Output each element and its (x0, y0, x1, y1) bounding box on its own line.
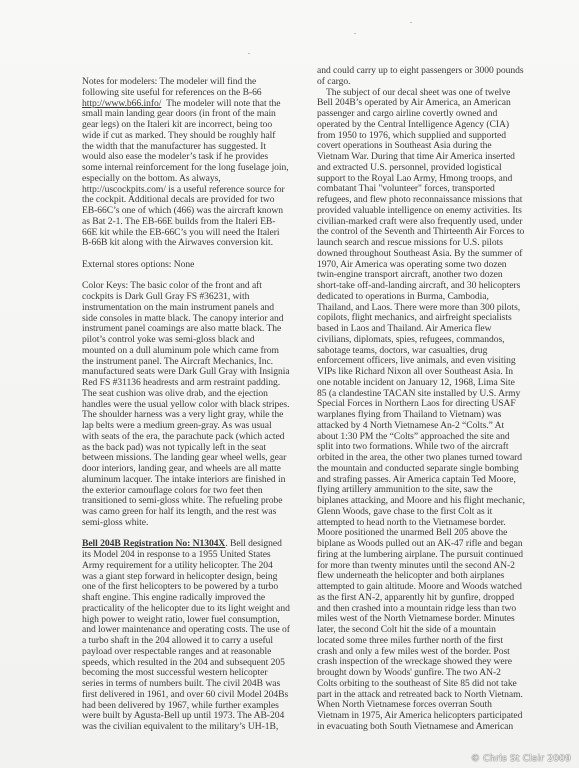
bell-204b-paragraph: Bell 204B Registration No: N1304X. Bell … (82, 539, 314, 733)
text-line: and could carry up to eight passengers o… (317, 66, 553, 77)
text-line: first delivered in 1961, and over 60 civ… (82, 690, 314, 701)
text-line: downed throughout Southeast Asia. By the… (317, 249, 553, 260)
text-line: in evacuating both South Vietnamese and … (317, 722, 553, 733)
text-line: payload over respectable ranges and at r… (82, 647, 314, 658)
scanned-page: Notes for modelers: The modeler will fin… (0, 0, 579, 768)
color-keys-paragraph: Color Keys: The basic color of the front… (82, 281, 314, 528)
text-line: one notable incident on January 12, 1968… (317, 378, 553, 389)
right-column: and could carry up to eight passengers o… (317, 66, 553, 733)
text-line: B-66B kit along with the Airwaves conver… (82, 238, 314, 249)
text-line: semi-gloss white. (82, 518, 314, 529)
text-fragment: The modeler will note that the (166, 98, 280, 109)
text-line: was the civilian equivalent to the milit… (82, 722, 314, 733)
text-line: attacked by 4 North Vietnamese An-2 “Col… (317, 421, 553, 432)
continuation-paragraph: and could carry up to eight passengers o… (317, 66, 553, 88)
text-line: firing at the lumbering airplane. The pu… (317, 550, 553, 561)
text-line: the mountain and conducted separate sing… (317, 464, 553, 475)
text-line: provided valuable intelligence on enemy … (317, 206, 553, 217)
text-line: aluminum lacquer. The intake interiors a… (82, 475, 314, 486)
text-line: especially on the bottom. As always, (82, 174, 314, 185)
paper-speck (354, 33, 356, 34)
air-america-paragraph: The subject of our decal sheet was one o… (317, 88, 553, 733)
text-line: of cargo. (317, 77, 553, 88)
text-line: practicality of the helicopter due to it… (82, 604, 314, 615)
text-line: as the first AN-2, apparently hit by gun… (317, 593, 553, 604)
external-stores-line: External stores options: None (82, 260, 314, 271)
text-line: instrumentation on the main instrument p… (82, 303, 314, 314)
text-line: located some three miles further north o… (317, 636, 553, 647)
bell-204b-heading: Bell 204B Registration No: N1304X (82, 538, 225, 549)
notes-for-modelers-paragraph: Notes for modelers: The modeler will fin… (82, 77, 314, 249)
text-line: wide if cut as marked. They should be ro… (82, 131, 314, 142)
text-line: dedicated to operations in Burma, Cambod… (317, 292, 553, 303)
left-column: Notes for modelers: The modeler will fin… (82, 77, 314, 733)
text-line: as Bat 2-1. The EB-66E builds from the I… (82, 217, 314, 228)
text-line: and extracted U.S. personnel, provided l… (317, 163, 553, 174)
text-line: Colts orbiting to the southeast of Site … (317, 679, 553, 690)
text-line: with seats of the era, the parachute pac… (82, 432, 314, 443)
text-line: operated by the Central Intelligence Age… (317, 120, 553, 131)
text-line: Glenn Woods, gave chase to the first Col… (317, 507, 553, 518)
text-line: mounted on a dull aluminum pole which ca… (82, 346, 314, 357)
paper-speck (248, 53, 250, 54)
paper-speck (410, 22, 412, 23)
text-line: Army requirement for a utility helicopte… (82, 561, 314, 572)
text-line: The seat cushion was olive drab, and the… (82, 389, 314, 400)
text-fragment: . Bell designed (225, 538, 282, 549)
copyright-watermark: © Chris St Clair 2009 (471, 754, 571, 764)
b66-reference-link[interactable]: http://www.b66.info/ (82, 98, 161, 109)
text-line: civilians, diplomats, spies, refugees, c… (317, 335, 553, 346)
